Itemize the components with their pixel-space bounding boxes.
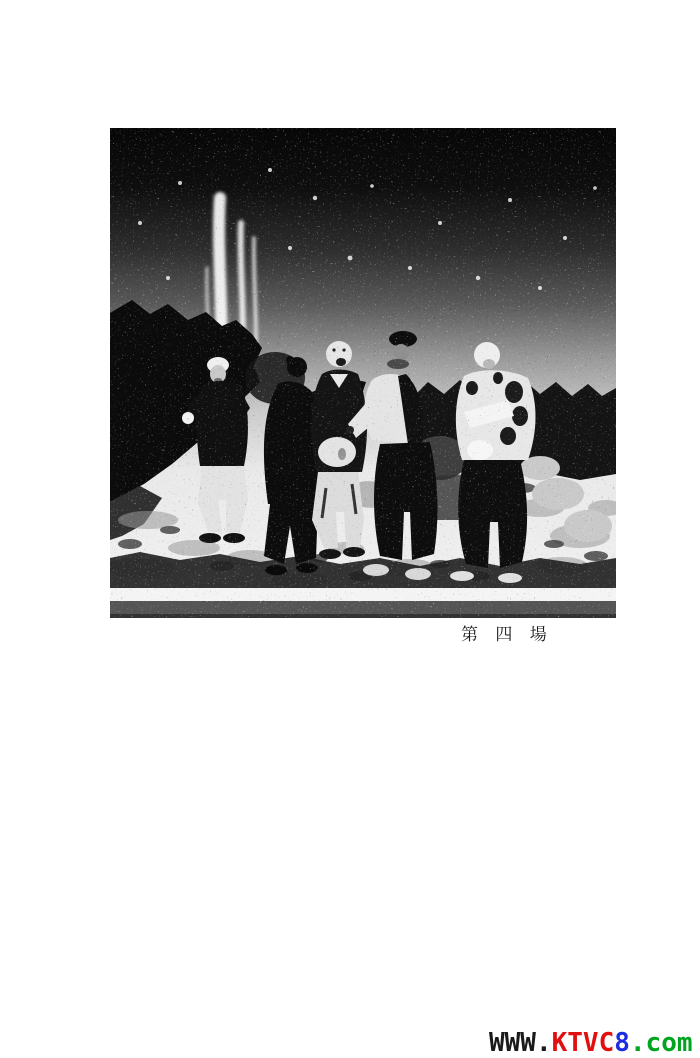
- stage-photo: [110, 128, 616, 618]
- watermark-8: 8: [614, 1028, 630, 1058]
- halftone-grain: [110, 128, 616, 618]
- watermark-www: WWW.: [489, 1028, 552, 1058]
- watermark: WWW.KTVC8.com: [489, 1030, 693, 1056]
- watermark-ktvc: KTVC: [552, 1028, 615, 1058]
- stage-photo-art: [110, 128, 616, 618]
- watermark-com: .com: [630, 1028, 693, 1058]
- photo-caption: 第 四 場: [461, 624, 553, 648]
